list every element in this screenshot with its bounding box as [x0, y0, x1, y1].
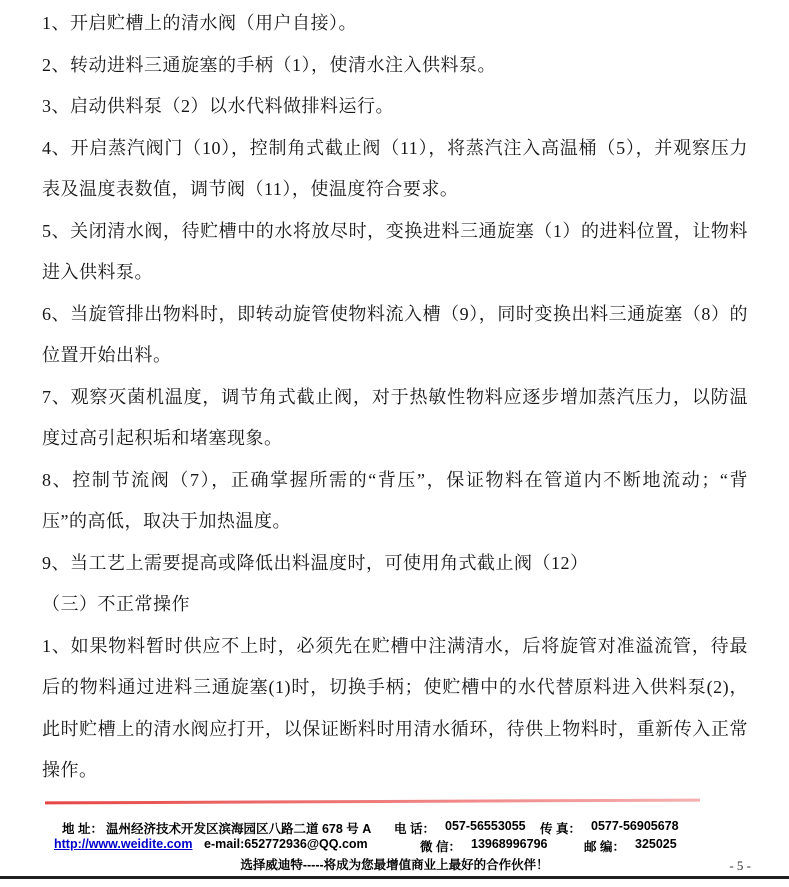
procedure-step-4: 4、开启蒸汽阀门（10），控制角式截止阀（11），将蒸汽注入高温桶（5），并观察… — [42, 128, 748, 211]
section-heading: （三）不正常操作 — [42, 584, 748, 626]
wechat-label: 微 信： — [420, 837, 461, 855]
procedure-step-5: 5、关闭清水阀，待贮槽中的水将放尽时，变换进料三通旋塞（1）的进料位置，让物料进… — [42, 211, 748, 294]
procedure-step-2: 2、转动进料三通旋塞的手柄（1），使清水注入供料泵。 — [42, 45, 748, 87]
address-label: 地 址： — [62, 819, 103, 837]
footer: 地 址： 温州经济技术开发区滨海园区八路二道 678 号 A 电 话： 057-… — [62, 819, 727, 873]
website-link[interactable]: http://www.weidite.com — [54, 837, 192, 851]
phone-value: 057-56553055 — [445, 819, 526, 833]
postal-value: 325025 — [635, 837, 677, 851]
footer-slogan: 选择威迪特-----将成为您最增值商业上最好的合作伙伴！ — [62, 855, 727, 873]
fax-label: 传 真： — [540, 819, 581, 837]
wechat-value: 13968996796 — [471, 837, 547, 851]
procedure-step-3: 3、启动供料泵（2）以水代料做排料运行。 — [42, 86, 748, 128]
email-value: e-mail:652772936@QQ.com — [204, 837, 368, 851]
postal-label: 邮 编： — [584, 837, 625, 855]
procedure-step-8: 8、控制节流阀（7），正确掌握所需的“背压”，保证物料在管道内不断地流动；“背压… — [42, 460, 748, 543]
procedure-step-1: 1、开启贮槽上的清水阀（用户自接）。 — [42, 3, 748, 45]
footer-divider-rule — [45, 799, 700, 804]
procedure-step-7: 7、观察灭菌机温度，调节角式截止阀，对于热敏性物料应逐步增加蒸汽压力，以防温度过… — [42, 377, 748, 460]
footer-row-2: http://www.weidite.com e-mail:652772936@… — [62, 837, 727, 855]
document-body: 1、开启贮槽上的清水阀（用户自接）。 2、转动进料三通旋塞的手柄（1），使清水注… — [42, 3, 748, 792]
footer-row-1: 地 址： 温州经济技术开发区滨海园区八路二道 678 号 A 电 话： 057-… — [62, 819, 727, 837]
phone-label: 电 话： — [394, 819, 435, 837]
procedure-step-9: 9、当工艺上需要提高或降低出料温度时，可使用角式截止阀（12） — [42, 543, 748, 585]
procedure-step-6: 6、当旋管排出物料时，即转动旋管使物料流入槽（9），同时变换出料三通旋塞（8）的… — [42, 294, 748, 377]
address-value: 温州经济技术开发区滨海园区八路二道 678 号 A — [106, 819, 371, 837]
bottom-border — [0, 876, 789, 879]
fax-value: 0577-56905678 — [591, 819, 679, 833]
document-page: 1、开启贮槽上的清水阀（用户自接）。 2、转动进料三通旋塞的手柄（1），使清水注… — [0, 0, 789, 887]
page-number: - 5 - — [729, 858, 751, 874]
abnormal-step-1: 1、如果物料暂时供应不上时，必须先在贮槽中注满清水，后将旋管对准溢流管，待最后的… — [42, 626, 748, 792]
